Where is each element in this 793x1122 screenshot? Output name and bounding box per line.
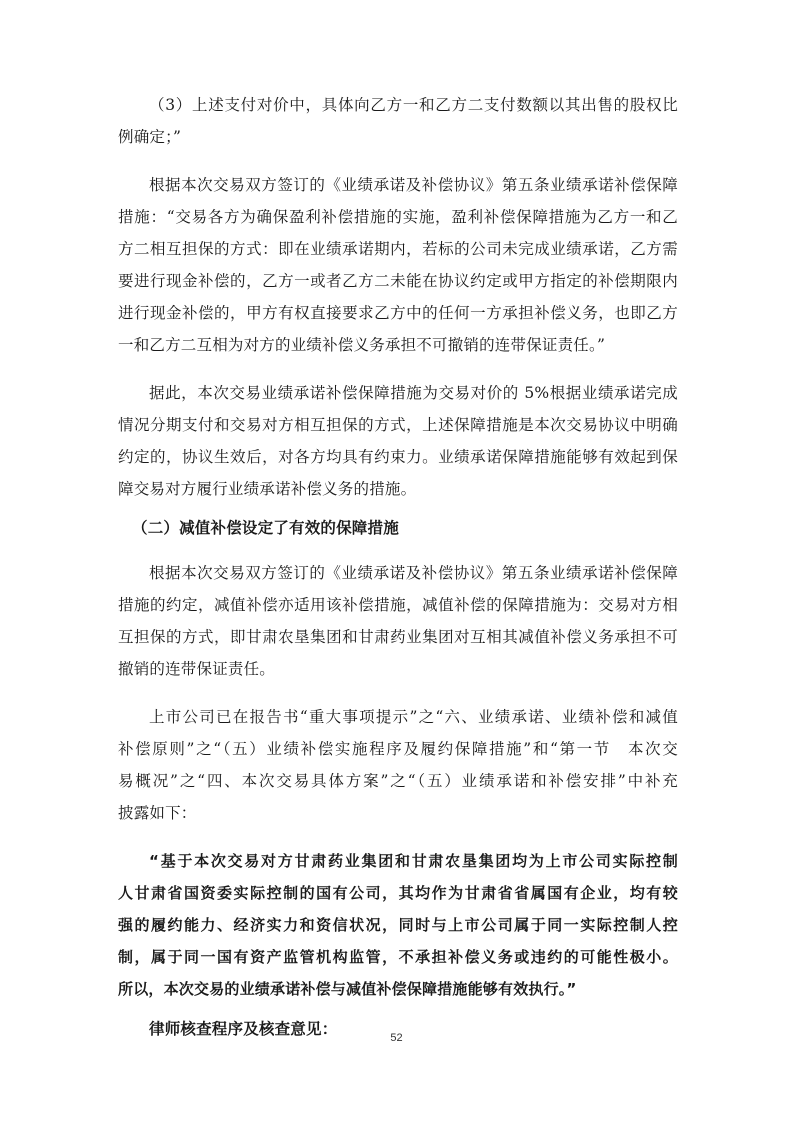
paragraph-line: 据此，本次交易业绩承诺补偿保障措施为交易对价的 5%根据业绩承诺完成 bbox=[118, 383, 678, 403]
paragraph-line: 要进行现金补偿的，乙方一或者乙方二未能在协议约定或甲方指定的补偿期限内 bbox=[118, 271, 678, 291]
paragraph-line: 互担保的方式，即甘肃农垦集团和甘肃药业集团对互相其减值补偿义务承担不可 bbox=[118, 627, 678, 647]
quote-line: “基于本次交易对方甘肃药业集团和甘肃农垦集团均为上市公司实际控制 bbox=[118, 851, 678, 871]
paragraph-line: 措施的约定，减值补偿亦适用该补偿措施，减值补偿的保障措施为：交易对方相 bbox=[118, 595, 678, 615]
page-number: 52 bbox=[0, 1032, 793, 1044]
paragraph-line: 情况分期支付和交易对方相互担保的方式，上述保障措施是本次交易协议中明确 bbox=[118, 415, 678, 435]
paragraph-line: 披露如下： bbox=[118, 803, 678, 823]
paragraph-line: 撤销的连带保证责任。 bbox=[118, 659, 678, 679]
paragraph-line: 补偿原则”之“（五）业绩补偿实施程序及履约保障措施”和“第一节 本次交 bbox=[118, 739, 678, 759]
quote-line: 人甘肃省国资委实际控制的国有公司，其均作为甘肃省省属国有企业，均有较 bbox=[118, 883, 678, 903]
paragraph-line: 例确定；” bbox=[118, 127, 678, 147]
quote-line: 强的履约能力、经济实力和资信状况，同时与上市公司属于同一实际控制人控 bbox=[118, 915, 678, 935]
paragraph-line: 措施：“交易各方为确保盈利补偿措施的实施，盈利补偿保障措施为乙方一和乙 bbox=[118, 207, 678, 227]
quote-line: 所以，本次交易的业绩承诺补偿与减值补偿保障措施能够有效执行。” bbox=[118, 979, 678, 999]
paragraph-line: 一和乙方二互相为对方的业绩补偿义务承担不可撤销的连带保证责任。” bbox=[118, 335, 678, 355]
paragraph-line: 障交易对方履行业绩承诺补偿义务的措施。 bbox=[118, 479, 678, 499]
paragraph-line: 根据本次交易双方签订的《业绩承诺及补偿协议》第五条业绩承诺补偿保障 bbox=[118, 175, 678, 195]
paragraph-line: 上市公司已在报告书“重大事项提示”之“六、业绩承诺、业绩补偿和减值 bbox=[118, 707, 678, 727]
paragraph-line: 进行现金补偿的，甲方有权直接要求乙方中的任何一方承担补偿义务，也即乙方 bbox=[118, 303, 678, 323]
paragraph-line: 方二相互担保的方式：即在业绩承诺期内，若标的公司未完成业绩承诺，乙方需 bbox=[118, 239, 678, 259]
quote-line: 制，属于同一国有资产监管机构监管，不承担补偿义务或违约的可能性极小。 bbox=[118, 947, 678, 967]
paragraph-line: 易概况”之“四、本次交易具体方案”之“（五）业绩承诺和补偿安排”中补充 bbox=[118, 771, 678, 791]
section-heading: （二）减值补偿设定了有效的保障措施 bbox=[132, 518, 692, 538]
paragraph-line: （3）上述支付对价中，具体向乙方一和乙方二支付数额以其出售的股权比 bbox=[118, 95, 678, 115]
paragraph-line: 根据本次交易双方签订的《业绩承诺及补偿协议》第五条业绩承诺补偿保障 bbox=[118, 563, 678, 583]
paragraph-line: 约定的，协议生效后，对各方均具有约束力。业绩承诺保障措施能够有效起到保 bbox=[118, 447, 678, 467]
